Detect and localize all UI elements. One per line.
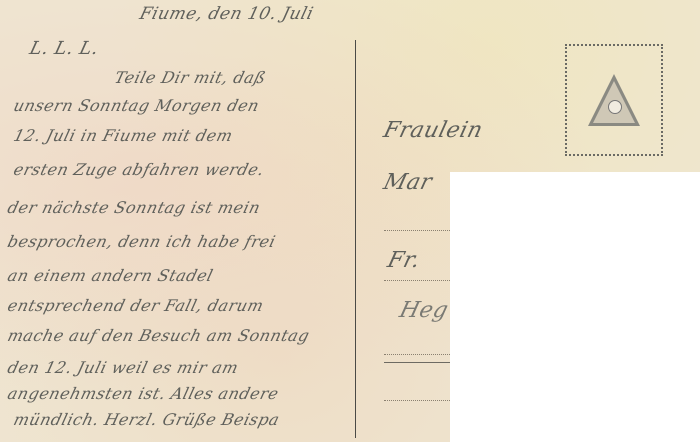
message-line: mache auf den Besuch am Sonntag	[6, 326, 312, 345]
message-line: Teile Dir mit, daß	[113, 68, 268, 87]
message-line: den 12. Juli weil es mir am	[6, 358, 241, 377]
message-line: der nächste Sonntag ist mein	[6, 198, 263, 217]
emblem-sun-circle	[608, 100, 622, 114]
address-dotted-line	[384, 280, 454, 281]
message-line: 12. Juli in Fiume mit dem	[12, 126, 235, 145]
address-line: Fraulein	[381, 118, 486, 143]
address-dotted-line	[384, 230, 454, 231]
salutation: L. L. L.	[27, 38, 101, 59]
message-line: entsprechend der Fall, darum	[6, 296, 266, 315]
message-line: mündlich. Herzl. Grüße Beispa	[12, 410, 282, 429]
occlusion-block	[450, 172, 700, 442]
address-line: Heg	[397, 298, 451, 323]
address-dotted-line	[384, 400, 454, 401]
center-divider-line	[355, 40, 356, 438]
message-line: besprochen, denn ich habe frei	[6, 232, 278, 251]
message-line: an einem andern Stadel	[6, 266, 216, 285]
address-dotted-line	[384, 354, 454, 355]
dateline: Fiume, den 10. Juli	[138, 4, 316, 24]
address-line: Fr.	[385, 248, 423, 273]
postcard: Fiume, den 10. Juli L. L. L. Teile Dir m…	[0, 0, 700, 442]
message-line: ersten Zuge abfahren werde.	[12, 160, 267, 179]
address-solid-line	[384, 362, 454, 363]
message-line: angenehmsten ist. Alles andere	[6, 384, 281, 403]
message-line: unsern Sonntag Morgen den	[12, 96, 262, 115]
address-line: Mar	[381, 170, 435, 195]
